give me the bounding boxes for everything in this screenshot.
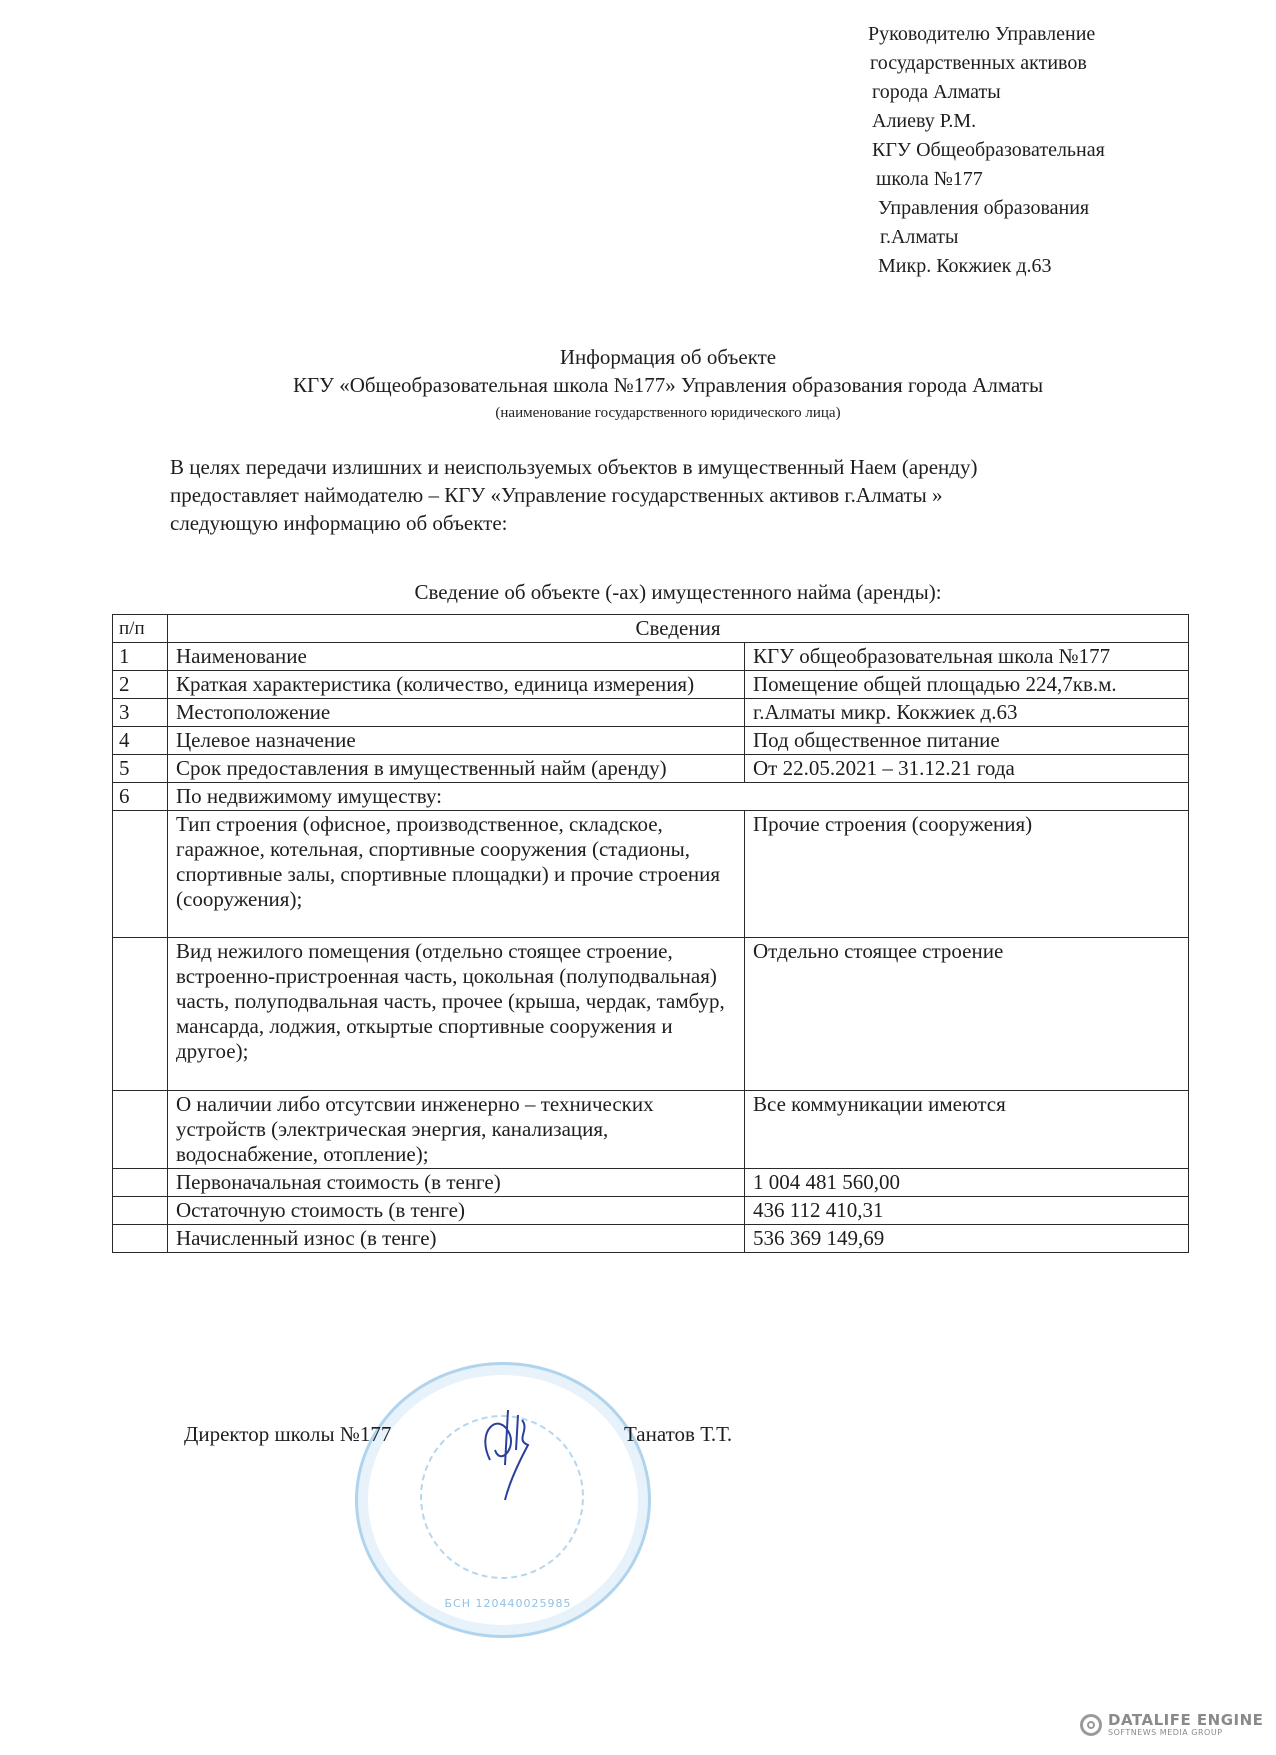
subrow-label: Тип строения (офисное, производственное,…	[168, 811, 745, 938]
subrow-value: Прочие строения (сооружения)	[745, 811, 1189, 938]
row-label: Местоположение	[168, 699, 745, 727]
row-label: Краткая характеристика (количество, един…	[168, 671, 745, 699]
addressee-line: Руководителю Управление	[868, 20, 1105, 49]
row-num-empty	[113, 811, 168, 938]
handwritten-signature-icon	[470, 1390, 560, 1510]
watermark-title: DATALIFE ENGINE	[1108, 1712, 1263, 1728]
intro-line: следующую информацию об объекте:	[170, 509, 1170, 537]
addressee-line: Алиеву Р.М.	[872, 107, 1105, 136]
header-info: Сведения	[168, 615, 1189, 643]
subrow-value: 436 112 410,31	[745, 1197, 1189, 1225]
row-value: КГУ общеобразовательная школа №177	[745, 643, 1189, 671]
table-row: 1 Наименование КГУ общеобразовательная ш…	[113, 643, 1189, 671]
row-label: Целевое назначение	[168, 727, 745, 755]
organization-name: КГУ «Общеобразовательная школа №177» Упр…	[30, 373, 1276, 398]
row-num: 1	[113, 643, 168, 671]
row-num: 6	[113, 783, 168, 811]
signature-block: Директор школы №177 Танатов Т.Т.	[184, 1422, 391, 1447]
addressee-line: государственных активов	[870, 49, 1105, 78]
table-caption: Сведение об объекте (-ах) имущестенного …	[0, 580, 1276, 605]
table-row: 4 Целевое назначение Под общественное пи…	[113, 727, 1189, 755]
subrow-value: Отдельно стоящее строение	[745, 938, 1189, 1091]
table-subrow: Остаточную стоимость (в тенге) 436 112 4…	[113, 1197, 1189, 1225]
subrow-label: Первоначальная стоимость (в тенге)	[168, 1169, 745, 1197]
object-info-table: п/п Сведения 1 Наименование КГУ общеобра…	[112, 614, 1189, 1253]
table-header-row: п/п Сведения	[113, 615, 1189, 643]
addressee-line: города Алматы	[872, 78, 1105, 107]
row-value: От 22.05.2021 – 31.12.21 года	[745, 755, 1189, 783]
addressee-line: г.Алматы	[880, 223, 1105, 252]
table-row: 6 По недвижимому имуществу:	[113, 783, 1189, 811]
signatory-name: Танатов Т.Т.	[624, 1422, 732, 1447]
row-label: Наименование	[168, 643, 745, 671]
addressee-block: Руководителю Управление государственных …	[868, 20, 1105, 281]
table-row: 5 Срок предоставления в имущественный на…	[113, 755, 1189, 783]
row-num-empty	[113, 1169, 168, 1197]
row-label: По недвижимому имуществу:	[168, 783, 1189, 811]
watermark-subtitle: SOFTNEWS MEDIA GROUP	[1108, 1728, 1263, 1737]
document-title: Информация об объекте	[30, 345, 1276, 370]
row-num-empty	[113, 1091, 168, 1169]
row-num: 3	[113, 699, 168, 727]
table-subrow: Тип строения (офисное, производственное,…	[113, 811, 1189, 938]
addressee-line: КГУ Общеобразовательная	[872, 136, 1105, 165]
signatory-position: Директор школы №177	[184, 1422, 391, 1446]
subrow-value: Все коммуникации имеются	[745, 1091, 1189, 1169]
intro-paragraph: В целях передачи излишних и неиспользуем…	[170, 453, 1170, 537]
watermark: DATALIFE ENGINE SOFTNEWS MEDIA GROUP	[1080, 1712, 1263, 1737]
row-value: Помещение общей площадью 224,7кв.м.	[745, 671, 1189, 699]
subrow-value: 1 004 481 560,00	[745, 1169, 1189, 1197]
table-row: 2 Краткая характеристика (количество, ед…	[113, 671, 1189, 699]
table-subrow: Начисленный износ (в тенге) 536 369 149,…	[113, 1225, 1189, 1253]
table-subrow: Вид нежилого помещения (отдельно стоящее…	[113, 938, 1189, 1091]
organization-note: (наименование государственного юридическ…	[30, 405, 1276, 422]
subrow-label: Остаточную стоимость (в тенге)	[168, 1197, 745, 1225]
addressee-line: Управления образования	[878, 194, 1105, 223]
row-label: Срок предоставления в имущественный найм…	[168, 755, 745, 783]
row-value: г.Алматы микр. Кокжиек д.63	[745, 699, 1189, 727]
intro-line: предоставляет наймодателю – КГУ «Управле…	[170, 481, 1170, 509]
datalife-logo-icon	[1080, 1714, 1102, 1736]
subrow-value: 536 369 149,69	[745, 1225, 1189, 1253]
subrow-label: Вид нежилого помещения (отдельно стоящее…	[168, 938, 745, 1091]
row-num-empty	[113, 938, 168, 1091]
row-num: 4	[113, 727, 168, 755]
subrow-label: Начисленный износ (в тенге)	[168, 1225, 745, 1253]
addressee-line: Микр. Кокжиек д.63	[878, 252, 1105, 281]
intro-line: В целях передачи излишних и неиспользуем…	[170, 453, 1170, 481]
table-subrow: О наличии либо отсутсвии инженерно – тех…	[113, 1091, 1189, 1169]
addressee-line: школа №177	[876, 165, 1105, 194]
subrow-label: О наличии либо отсутсвии инженерно – тех…	[168, 1091, 745, 1169]
stamp-text: БСН 120440025985	[428, 1597, 588, 1610]
row-num: 5	[113, 755, 168, 783]
row-num-empty	[113, 1197, 168, 1225]
table-subrow: Первоначальная стоимость (в тенге) 1 004…	[113, 1169, 1189, 1197]
row-value: Под общественное питание	[745, 727, 1189, 755]
row-num-empty	[113, 1225, 168, 1253]
table-row: 3 Местоположение г.Алматы микр. Кокжиек …	[113, 699, 1189, 727]
row-num: 2	[113, 671, 168, 699]
header-num: п/п	[113, 615, 168, 643]
